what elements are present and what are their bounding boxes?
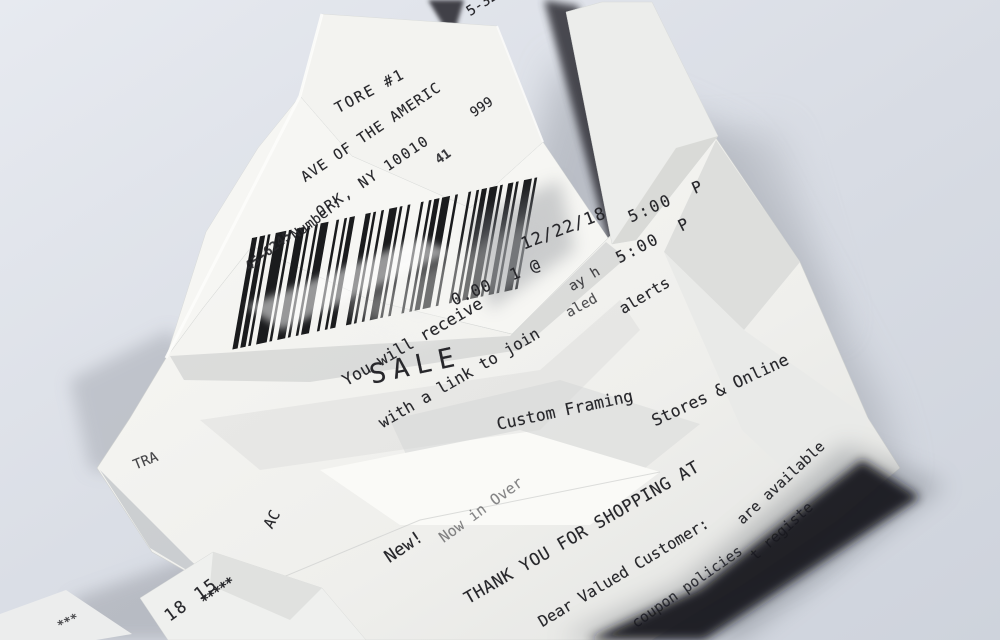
crumpled-receipt-photo: TORE #1 5-3211 AVE OF THE AMERIC ORK, NY… <box>0 0 1000 640</box>
photo-scene <box>0 0 1000 640</box>
